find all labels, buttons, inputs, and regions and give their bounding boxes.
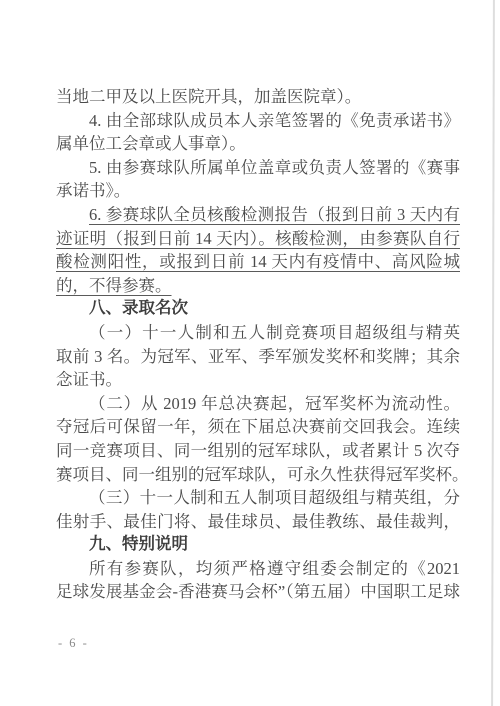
paragraph-line: 当地二甲及以上医院开具，加盖医院章）。 <box>56 85 460 109</box>
scanned-document-page: 当地二甲及以上医院开具，加盖医院章）。 4. 由全部球队成员本人亲笔签署的《免责… <box>0 0 500 706</box>
paragraph-line: （一）十一人制和五人制竞赛项目超级组与精英组，分别录 <box>56 321 460 345</box>
paragraph-line: 赛项目、同一组别的冠军球队，可永久性获得冠军奖杯。 <box>56 463 460 487</box>
paragraph-line: 取前 3 名。为冠军、亚军、季军颁发奖杯和奖牌；其余球队获纪 <box>56 345 460 369</box>
paragraph-line: 承诺书》。 <box>56 179 460 203</box>
paragraph-line: （二）从 2019 年总决赛起，冠军奖杯为流动性。冠军球队 <box>56 392 460 416</box>
paragraph-line: 念证书。 <box>56 368 460 392</box>
document-text-block: 当地二甲及以上医院开具，加盖医院章）。 4. 由全部球队成员本人亲笔签署的《免责… <box>56 85 460 604</box>
paragraph-line-underlined: 的，不得参赛。 <box>56 274 460 298</box>
paragraph-line: 属单位工会章或人事章）。 <box>56 132 460 156</box>
paragraph-line: 同一竞赛项目、同一组别的冠军球队，或者累计 5 次夺得同一竞 <box>56 439 460 463</box>
paragraph-line-underlined: 迹证明（报到日前 14 天内）。核酸检测，由参赛队自行负责。核 <box>56 227 460 251</box>
paragraph-line: 所有参赛队，均须严格遵守组委会制定的《2021 年“中国 <box>56 557 460 581</box>
paragraph-line-underlined: 6. 参赛球队全员核酸检测报告（报到日前 3 天内有效）和轨 <box>56 203 460 227</box>
paragraph-line-underlined: 酸检测阳性，或报到日前 14 天内有疫情中、高风险城市旅居史 <box>56 250 460 274</box>
section-heading: 九、特别说明 <box>56 533 460 557</box>
scan-edge-artifact <box>491 0 494 706</box>
section-heading: 八、录取名次 <box>56 297 460 321</box>
page-number: - 6 - <box>58 636 89 651</box>
paragraph-line: 夺冠后可保留一年，须在下届总决赛前交回我会。连续 3 次夺得 <box>56 415 460 439</box>
paragraph-line: （三）十一人制和五人制项目超级组与精英组，分别录取最 <box>56 486 460 510</box>
paragraph-line: 足球发展基金会-香港赛马会杯”（第五届）中国职工足球联赛总 <box>56 580 460 604</box>
paragraph-line: 5. 由参赛球队所属单位盖章或负责人签署的《赛事疫情防控 <box>56 156 460 180</box>
paragraph-line: 4. 由全部球队成员本人亲笔签署的《免责承诺书》（加盖所 <box>56 109 460 133</box>
paragraph-line: 佳射手、最佳门将、最佳球员、最佳教练、最佳裁判，获得奖杯。 <box>56 510 460 534</box>
